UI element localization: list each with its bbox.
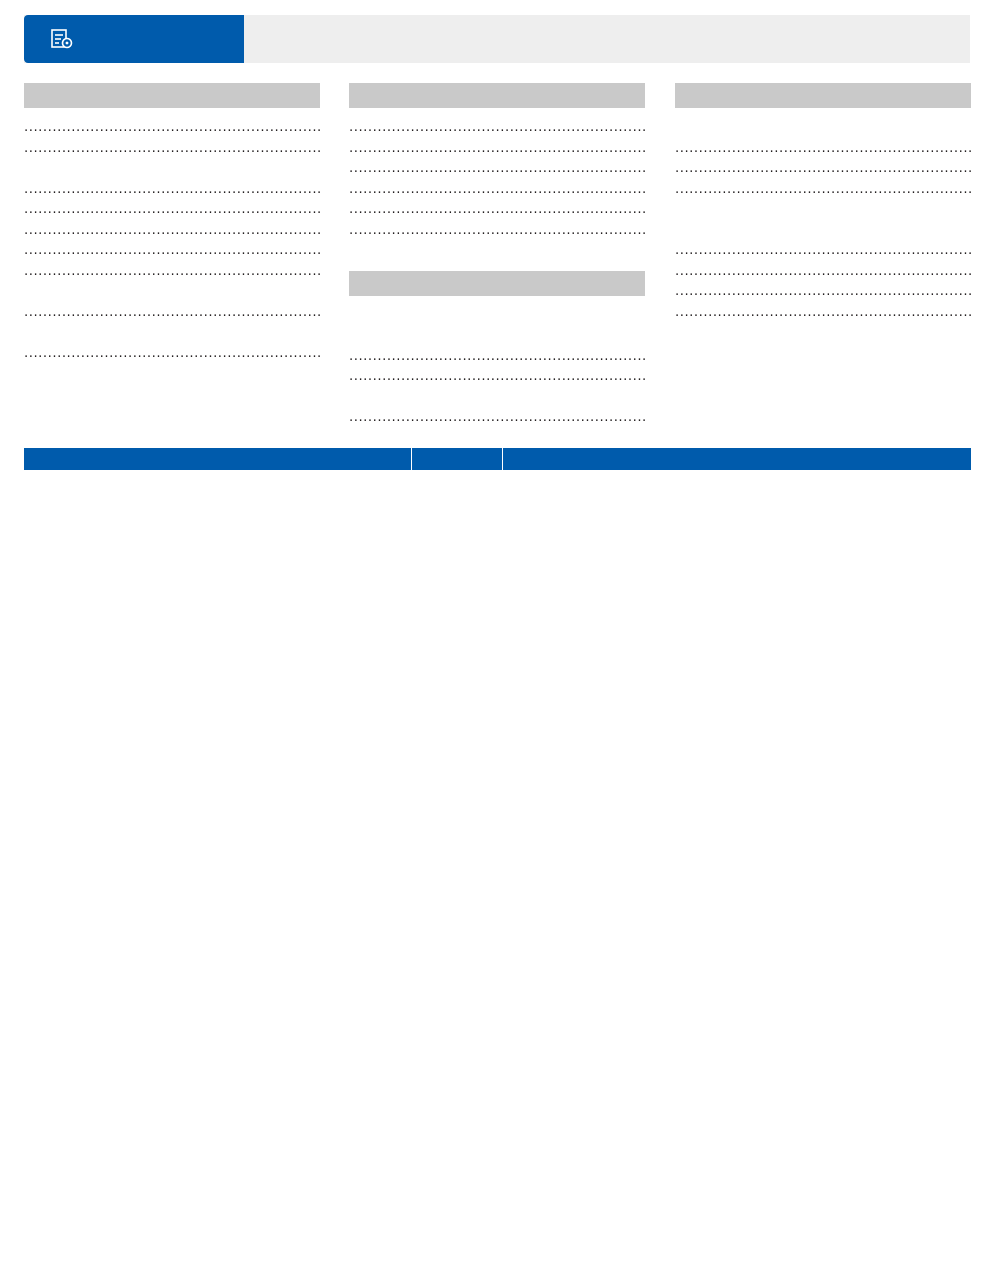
section-header [24,83,320,108]
parameter-table [24,448,971,471]
spec-line [24,262,320,283]
section-header [349,271,645,296]
spec-line [675,221,971,242]
spec-line [24,159,320,180]
dot-leader [349,347,645,368]
spec-line [349,118,645,139]
spec-line [24,221,320,242]
section-banner [24,15,970,63]
section-header [349,83,645,108]
spec-line [24,303,320,324]
spec-line [24,344,320,365]
spec-line [349,326,645,347]
table-header-row [24,448,971,471]
water-system-section [349,83,645,429]
spec-line [24,200,320,221]
spec-line [675,180,971,201]
spec-line [675,262,971,283]
dot-leader [675,180,971,201]
section-header [675,83,971,108]
spec-line [675,241,971,262]
dot-leader [24,241,320,262]
dot-leader [24,200,320,221]
spec-line [675,159,971,180]
spec-line [349,367,645,388]
spec-line [349,241,645,262]
dot-leader [675,262,971,283]
dot-leader [349,180,645,201]
dot-leader [24,221,320,242]
spec-line [675,139,971,160]
spec-line [349,388,645,409]
spec-line [24,241,320,262]
dot-leader [675,139,971,160]
dot-leader [24,262,320,283]
spec-list [675,118,971,344]
spec-line [349,347,645,368]
spec-line [349,408,645,429]
spec-line [349,200,645,221]
spec-list [349,306,645,429]
spec-line [349,180,645,201]
header-param [502,448,971,471]
header-unit [411,448,502,471]
hydraulic-system-section [349,271,645,429]
spec-line [675,323,971,344]
spec-line [24,323,320,344]
dot-leader [675,241,971,262]
dot-leader [675,303,971,324]
spec-line [349,221,645,242]
spec-line [24,385,320,406]
spec-line [349,139,645,160]
dot-leader [349,221,645,242]
spec-line [24,282,320,303]
dot-leader [24,118,320,139]
header-item [24,448,411,471]
spec-line [675,118,971,139]
dot-leader [349,367,645,388]
spec-line [24,139,320,160]
dot-leader [24,180,320,201]
dot-leader [675,159,971,180]
spec-list [24,118,320,405]
banner-title-tab [24,15,244,63]
spec-line [24,118,320,139]
spec-sheet-gear-icon [51,29,73,49]
dot-leader [24,139,320,160]
chassis-section [675,83,971,344]
dot-leader [675,282,971,303]
dot-leader [349,118,645,139]
dot-leader [24,303,320,324]
spec-list [349,118,645,262]
spec-line [349,159,645,180]
dot-leader [349,139,645,160]
spec-line [24,180,320,201]
spec-line [349,306,645,327]
dot-leader [349,159,645,180]
dot-leader [349,408,645,429]
spec-line [675,200,971,221]
spec-line [675,303,971,324]
spec-line [24,364,320,385]
spec-line [675,282,971,303]
control-system-section [24,83,320,405]
dot-leader [349,200,645,221]
dot-leader [24,344,320,365]
